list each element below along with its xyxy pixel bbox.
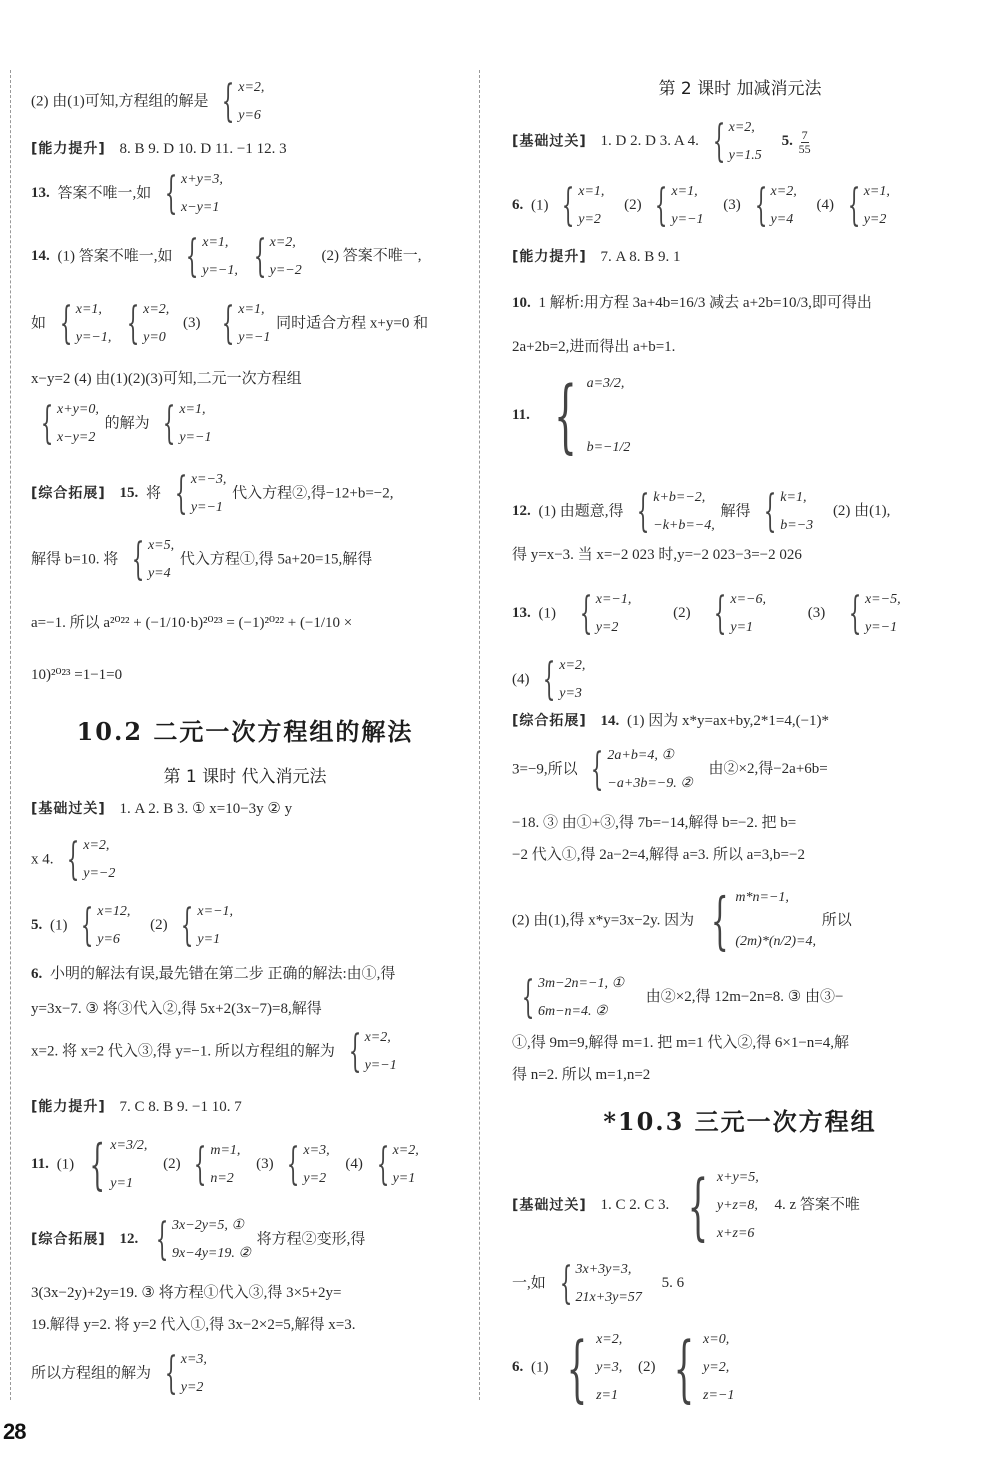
answer-line: 11. {a=3/2,b=−1/2 [512, 376, 980, 456]
answer-line: 11. (1) {x=3/2,y=1 (2) {m=1,n=2 (3) {x=3… [31, 1138, 479, 1192]
answer-line: x=2. 将 x=2 代入③,得 y=−1. 所以方程组的解为 {x=2,y=−… [31, 1030, 479, 1074]
equation-system: {x=2,y=−1 [341, 1030, 397, 1074]
section-tag: [综合拓展] [512, 713, 587, 729]
answer-line: y=3x−7. ③ 将③代入②,得 5x+2(3x−7)=8,解得 [31, 998, 479, 1020]
equation-system: {x=2,y=3 [535, 658, 585, 702]
part-label: (4) [816, 197, 834, 213]
equation-system: {x=2,y=0 [119, 302, 169, 346]
equation-system: {x+y=5,y+z=8,x+z=6 [675, 1170, 759, 1242]
answer-text: y=3x−7. ③ 将③代入②,得 5x+2(3x−7)=8,解得 [31, 1001, 322, 1017]
left-column: (2) 由(1)可知,方程组的解是 {x=2,y=6 [能力提升] 8. B 9… [10, 70, 480, 1400]
answer-text: 同时适合方程 x+y=0 和 [276, 315, 428, 331]
equation-system: {3x+3y=3,21x+3y=57 [552, 1262, 642, 1306]
section-title: 10.2 二元一次方程组的解法 [11, 712, 479, 747]
answer-line: −2 代入①,得 2a−2=4,解得 a=3. 所以 a=3,b=−2 [512, 844, 980, 866]
equation-system: {x=2,y=4 [747, 184, 797, 228]
answer-text: 解得 b=10. 将 [31, 551, 118, 567]
part-label: (2) [163, 1156, 181, 1172]
answer-line: 6. (1) {x=2,y=3,z=1 (2) {x=0,y=2,z=−1 [512, 1332, 980, 1404]
equation-system: {x=−6,y=1 [706, 592, 766, 636]
right-column: 第 2 课时 加减消元法 [基础过关] 1. D 2. D 3. A 4. {x… [500, 70, 980, 1400]
part-label: (3) [723, 197, 741, 213]
equation-system: {x=2,y=1 [369, 1143, 419, 1187]
answer-text: 将 [146, 485, 161, 501]
part-label: (3) [808, 605, 826, 621]
equation-system: {x=1,y=2 [554, 184, 604, 228]
answer-line: 10)²⁰²³ =1−1=0 [31, 664, 479, 686]
equation-system: {x=2,y=−2 [246, 235, 302, 279]
answer-line: {x+y=0,x−y=2 的解为 {x=1,y=−1 [31, 402, 479, 446]
answer-line: 14. (1) 答案不唯一,如 {x=1,y=−1, {x=2,y=−2 (2)… [31, 235, 479, 279]
part-label: (2) [673, 605, 691, 621]
answer-text: 得 y=x−3. 当 x=−2 023 时,y=−2 023−3=−2 026 [512, 547, 802, 563]
lesson-title: 第 2 课时 加减消元法 [500, 74, 980, 99]
answer-text: 4. z 答案不唯 [774, 1197, 859, 1213]
answer-line: [能力提升] 7. C 8. B 9. −1 10. 7 [31, 1096, 479, 1118]
answer-line: ①,得 9m=9,解得 m=1. 把 m=1 代入②,得 6×1−n=4,解 [512, 1032, 980, 1054]
answer-line: [基础过关] 1. D 2. D 3. A 4. {x=2,y=1.5 5. 7… [512, 120, 980, 164]
question-number: 11. [31, 1156, 49, 1172]
answer-line: 解得 b=10. 将 {x=5,y=4 代入方程①,得 5a+20=15,解得 [31, 538, 479, 582]
question-number: 12. [120, 1231, 139, 1247]
question-number: 14. [31, 248, 50, 264]
question-number: 13. [31, 185, 50, 201]
question-number: 5. [782, 133, 793, 149]
equation-system: {x=1,y=2 [840, 184, 890, 228]
answer-text: (2) 答案不唯一, [321, 248, 421, 264]
answer-text: 解得 [721, 503, 751, 519]
section-title: *10.3 三元一次方程组 [500, 1102, 980, 1137]
equation-system: {x=−5,y=−1 [841, 592, 901, 636]
answer-text: 5. 6 [662, 1275, 685, 1291]
answer-text: (1) 由题意,得 [539, 503, 624, 519]
equation-system: {x=3/2,y=1 [80, 1138, 147, 1192]
answer-text: 一,如 [512, 1275, 546, 1291]
section-tag: [能力提升] [31, 1099, 106, 1115]
answer-line: 10. 1 解析:用方程 3a+4b=16/3 减去 a+2b=10/3,即可得… [512, 292, 980, 314]
answer-line: [综合拓展] 12. {3x−2y=5, ①9x−4y=19. ② 将方程②变形… [31, 1218, 479, 1262]
part-label: (4) [345, 1156, 363, 1172]
answer-text: 如 [31, 315, 46, 331]
part-label: (1) [531, 1359, 549, 1375]
equation-system: {k=1,b=−3 [756, 490, 813, 534]
answer-line: 如 {x=1,y=−1, {x=2,y=0 (3) {x=1,y=−1 同时适合… [31, 302, 479, 346]
answer-text: 7. C 8. B 9. −1 10. 7 [120, 1099, 242, 1115]
question-number: 13. [512, 605, 531, 621]
question-number: 6. [512, 197, 523, 213]
answer-text: 1 解析:用方程 3a+4b=16/3 减去 a+2b=10/3,即可得出 [539, 295, 872, 311]
answer-line: a=−1. 所以 a²⁰²² + (−1/10·b)²⁰²³ = (−1)²⁰²… [31, 612, 479, 634]
answer-line: (2) 由(1),得 x*y=3x−2y. 因为 {m*n=−1,(2m)*(n… [512, 890, 980, 952]
answer-line: (2) 由(1)可知,方程组的解是 {x=2,y=6 [31, 80, 479, 124]
answer-text: x−y=2 (4) 由(1)(2)(3)可知,二元一次方程组 [31, 371, 302, 387]
answer-line: 所以方程组的解为 {x=3,y=2 [31, 1352, 479, 1396]
answer-text: a=−1. 所以 a²⁰²² + (−1/10·b)²⁰²³ = (−1)²⁰²… [31, 615, 352, 631]
answer-text: 得 n=2. 所以 m=1,n=2 [512, 1067, 650, 1083]
section-tag: [能力提升] [31, 141, 106, 157]
equation-system: {x=1,y=−1, [52, 302, 112, 346]
answer-text: 代入方程②,得−12+b=−2, [232, 485, 393, 501]
answer-line: [能力提升] 8. B 9. D 10. D 11. −1 12. 3 [31, 138, 479, 160]
equation-system: {x=−1,y=2 [572, 592, 632, 636]
part-label: (1) [57, 1156, 75, 1172]
answer-text: 代入方程①,得 5a+20=15,解得 [180, 551, 372, 567]
answer-line: 13. (1) {x=−1,y=2 (2) {x=−6,y=1 (3) {x=−… [512, 592, 980, 636]
question-number: 10. [512, 295, 531, 311]
answer-line: 得 y=x−3. 当 x=−2 023 时,y=−2 023−3=−2 026 [512, 544, 980, 566]
answer-text: 1. A 2. B 3. ① x=10−3y ② y [120, 801, 293, 817]
answer-line: [基础过关] 1. A 2. B 3. ① x=10−3y ② y [31, 798, 479, 820]
part-label: (2) [624, 197, 642, 213]
equation-system: {x=2,y=−2 [59, 838, 115, 882]
answer-line: x 4. {x=2,y=−2 [31, 838, 479, 882]
answer-text: 答案不唯一,如 [58, 185, 152, 201]
answer-text: −2 代入①,得 2a−2=4,解得 a=3. 所以 a=3,b=−2 [512, 847, 805, 863]
fraction: 755 [799, 129, 811, 156]
part-label: (1) [531, 197, 549, 213]
answer-text: 的解为 [105, 415, 150, 431]
section-tag: [基础过关] [512, 133, 587, 149]
answer-text: (3) [183, 315, 201, 331]
part-label: (3) [256, 1156, 274, 1172]
answer-text: (2) 由(1)可知,方程组的解是 [31, 93, 208, 109]
equation-system: {x+y=0,x−y=2 [33, 402, 99, 446]
section-tag: [综合拓展] [31, 485, 106, 501]
equation-system: {x=1,y=−1 [214, 302, 270, 346]
answer-line: 19.解得 y=2. 将 y=2 代入①,得 3x−2×2=5,解得 x=3. [31, 1314, 479, 1336]
equation-system: {x=5,y=4 [124, 538, 174, 582]
answer-line: x−y=2 (4) 由(1)(2)(3)可知,二元一次方程组 [31, 368, 479, 390]
answer-text: 3=−9,所以 [512, 761, 578, 777]
question-number: 15. [120, 485, 139, 501]
answer-line: 12. (1) 由题意,得 {k+b=−2,−k+b=−4, 解得 {k=1,b… [512, 490, 980, 534]
question-number: 11. [512, 407, 530, 423]
part-label: (2) [638, 1359, 656, 1375]
question-number: 14. [601, 713, 620, 729]
answer-line: [综合拓展] 15. 将 {x=−3,y=−1 代入方程②,得−12+b=−2, [31, 472, 479, 516]
answer-text: 19.解得 y=2. 将 y=2 代入①,得 3x−2×2=5,解得 x=3. [31, 1317, 356, 1333]
answer-text: 小明的解法有误,最先错在第二步 正确的解法:由①,得 [50, 966, 395, 982]
answer-text: (2) 由(1),得 x*y=3x−2y. 因为 [512, 912, 694, 928]
answer-line: −18. ③ 由①+③,得 7b=−14,解得 b=−2. 把 b= [512, 812, 980, 834]
answer-text: (2) 由(1), [833, 503, 890, 519]
answer-line: 3(3x−2y)+2y=19. ③ 将方程①代入③,得 3×5+2y= [31, 1282, 479, 1304]
equation-system: {x=1,y=−1 [647, 184, 703, 228]
equation-system: {x=−3,y=−1 [167, 472, 227, 516]
lesson-title: 第 1 课时 代入消元法 [11, 762, 479, 787]
answer-text: −18. ③ 由①+③,得 7b=−14,解得 b=−2. 把 b= [512, 815, 796, 831]
question-number: 12. [512, 503, 531, 519]
answer-text: 3(3x−2y)+2y=19. ③ 将方程①代入③,得 3×5+2y= [31, 1285, 341, 1301]
answer-text: x=2. 将 x=2 代入③,得 y=−1. 所以方程组的解为 [31, 1043, 335, 1059]
answer-text: 8. B 9. D 10. D 11. −1 12. 3 [120, 141, 287, 157]
section-tag: [基础过关] [512, 1197, 587, 1213]
question-number: 6. [512, 1359, 523, 1375]
section-tag: [能力提升] [512, 249, 587, 265]
question-number: 5. [31, 917, 42, 933]
part-label: (1) [539, 605, 557, 621]
equation-system: {x=2,y=3,z=1 [554, 1332, 622, 1404]
answer-line: [能力提升] 7. A 8. B 9. 1 [512, 246, 980, 268]
part-label: (1) [50, 917, 68, 933]
page-number: 28 [3, 1419, 25, 1445]
answer-line: 2a+2b=2,进而得出 a+b=1. [512, 336, 980, 358]
answer-text: 由②×2,得 12m−2n=8. ③ 由③− [646, 989, 844, 1005]
answer-line: [综合拓展] 14. (1) 因为 x*y=ax+by,2*1=4,(−1)* [512, 710, 980, 732]
question-number: 6. [31, 966, 42, 982]
section-tag: [综合拓展] [31, 1231, 106, 1247]
answer-line: 得 n=2. 所以 m=1,n=2 [512, 1064, 980, 1086]
equation-system: {x=3,y=2 [157, 1352, 207, 1396]
answer-text: 1. D 2. D 3. A 4. [601, 133, 699, 149]
answer-line: 6. 小明的解法有误,最先错在第二步 正确的解法:由①,得 [31, 963, 479, 985]
equation-system: {3m−2n=−1, ①6m−n=4. ② [514, 976, 624, 1020]
answer-line: 6. (1) {x=1,y=2 (2) {x=1,y=−1 (3) {x=2,y… [512, 184, 980, 228]
answer-line: 一,如 {3x+3y=3,21x+3y=57 5. 6 [512, 1262, 980, 1306]
answer-text: 10)²⁰²³ =1−1=0 [31, 667, 122, 683]
answer-text: 所以方程组的解为 [31, 1365, 151, 1381]
answer-text: x 4. [31, 851, 54, 867]
answer-text: ①,得 9m=9,解得 m=1. 把 m=1 代入②,得 6×1−n=4,解 [512, 1035, 849, 1051]
part-label: (2) [150, 917, 168, 933]
equation-system: {x=12,y=6 [73, 904, 130, 948]
section-tag: [基础过关] [31, 801, 106, 817]
answer-text: 所以 [822, 912, 852, 928]
answer-text: 由②×2,得−2a+6b= [709, 761, 828, 777]
answer-line: 3=−9,所以 {2a+b=4, ①−a+3b=−9. ② 由②×2,得−2a+… [512, 748, 980, 792]
equation-system: {x=2,y=1.5 [705, 120, 762, 164]
equation-system: {x=3,y=2 [279, 1143, 329, 1187]
answer-text: 2a+2b=2,进而得出 a+b=1. [512, 339, 675, 355]
part-label: (4) [512, 671, 530, 687]
equation-system: {x+y=3,x−y=1 [157, 172, 223, 216]
answer-line: 13. 答案不唯一,如 {x+y=3,x−y=1 [31, 172, 479, 216]
equation-system: {x=1,y=−1 [155, 402, 211, 446]
answer-line: (4) {x=2,y=3 [512, 658, 980, 702]
answer-text: 1. C 2. C 3. [601, 1197, 670, 1213]
equation-system: {x=−1,y=1 [173, 904, 233, 948]
answer-line: [基础过关] 1. C 2. C 3. {x+y=5,y+z=8,x+z=6 4… [512, 1170, 980, 1242]
equation-system: {x=1,y=−1, [178, 235, 238, 279]
equation-system: {x=2,y=6 [214, 80, 264, 124]
answer-text: 将方程②变形,得 [257, 1231, 366, 1247]
equation-system: {2a+b=4, ①−a+3b=−9. ② [583, 748, 692, 792]
equation-system: {m=1,n=2 [186, 1143, 240, 1187]
answer-line: {3m−2n=−1, ①6m−n=4. ② 由②×2,得 12m−2n=8. ③… [512, 976, 980, 1020]
answer-text: 7. A 8. B 9. 1 [601, 249, 681, 265]
equation-system: {x=0,y=2,z=−1 [661, 1332, 734, 1404]
equation-system: {m*n=−1,(2m)*(n/2)=4, [700, 890, 816, 952]
equation-system: {k+b=−2,−k+b=−4, [629, 490, 715, 534]
answer-text: (1) 答案不唯一,如 [58, 248, 173, 264]
answer-text: (1) 因为 x*y=ax+by,2*1=4,(−1)* [627, 713, 829, 729]
answer-line: 5. (1) {x=12,y=6 (2) {x=−1,y=1 [31, 904, 479, 948]
equation-system: {3x−2y=5, ①9x−4y=19. ② [148, 1218, 251, 1262]
equation-system: {a=3/2,b=−1/2 [540, 376, 631, 456]
